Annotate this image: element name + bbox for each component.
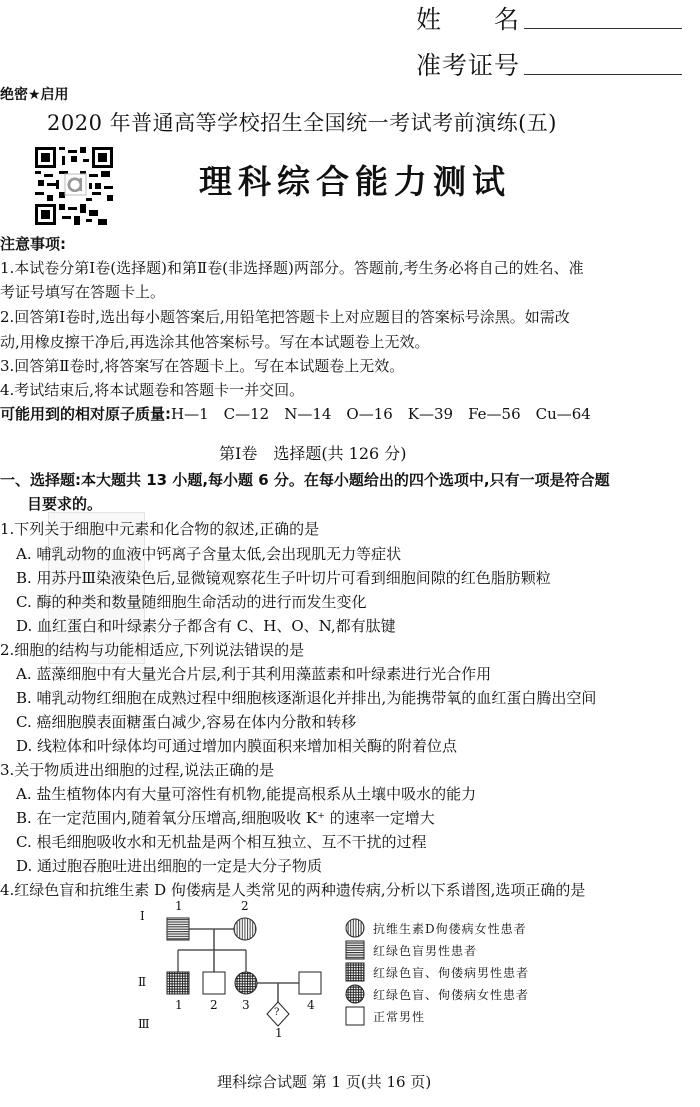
question-1-option-a: A. 哺乳动物的血液中钙离子含量太低,会出现肌无力等症状: [16, 542, 401, 566]
pedigree-ii2-normal-male: [203, 972, 225, 994]
name-field-line: [524, 28, 682, 29]
exam-id-field-line: [524, 74, 682, 75]
question-3-option-c: C. 根毛细胞吸收水和无机盐是两个相互独立、互不干扰的过程: [16, 830, 426, 854]
circle-vertical-stripes-icon: [345, 918, 365, 938]
note-line-1: 1.本试卷分第Ⅰ卷(选择题)和第Ⅱ卷(非选择题)两部分。答题前,考生务必将自己的…: [0, 256, 584, 280]
legend-label: 红绿色盲男性患者: [373, 942, 477, 959]
legend-label: 正常男性: [373, 1008, 425, 1025]
question-2-option-a: A. 蓝藻细胞中有大量光合片层,利于其利用藻蓝素和叶绿素进行光合作用: [16, 662, 491, 686]
legend-item-normal-male: 正常男性: [345, 1005, 555, 1027]
note-line-4: 4.考试结束后,将本试题卷和答题卡一并交回。: [0, 378, 304, 402]
legend-item-both-male: 红绿色盲、佝偻病男性患者: [345, 961, 555, 983]
generation-label-i: Ⅰ: [140, 909, 145, 923]
i2-number: 2: [241, 899, 249, 913]
circle-grid-icon: [345, 984, 365, 1004]
pedigree-chart: Ⅰ Ⅱ Ⅲ 1 2 1 2 3 4 ? 1: [130, 895, 340, 1055]
exam-id-label: 准考证号: [416, 46, 520, 82]
legend-item-colorblind-male: 红绿色盲男性患者: [345, 939, 555, 961]
square-empty-icon: [345, 1006, 365, 1026]
notes-heading: 注意事项:: [0, 232, 66, 256]
pedigree-ii3-female-both: [235, 972, 257, 994]
note-line-1-cont: 考证号填写在答题卡上。: [0, 280, 165, 304]
question-2-option-d: D. 线粒体和叶绿体均可通过增加内膜面积来增加相关酶的附着位点: [16, 734, 457, 758]
atomic-mass-label: 可能用到的相对原子质量:: [0, 405, 171, 423]
pedigree-i1-male-colorblind: [167, 918, 189, 940]
ii4-number: 4: [307, 998, 315, 1012]
note-line-3: 3.回答第Ⅱ卷时,将答案写在答题卡上。写在本试题卷上无效。: [0, 354, 404, 378]
generation-label-ii: Ⅱ: [138, 975, 146, 989]
ii2-number: 2: [210, 998, 218, 1012]
question-1-option-c: C. 酶的种类和数量随细胞生命活动的进行而发生变化: [16, 590, 366, 614]
note-line-2-cont: 动,用橡皮擦干净后,再选涂其他答案标号。写在本试题卷上无效。: [0, 330, 430, 354]
legend-label: 红绿色盲、佝偻病男性患者: [373, 964, 529, 981]
i1-number: 1: [175, 899, 183, 913]
legend-label: 红绿色盲、佝偻病女性患者: [373, 986, 529, 1003]
atomic-mass-values: H—1 C—12 N—14 O—16 K—39 Fe—56 Cu—64: [171, 405, 591, 423]
section-instruction-line-1: 一、选择题:本大题共 13 小题,每小题 6 分。在每小题给出的四个选项中,只有…: [0, 468, 610, 492]
page-footer: 理科综合试题 第 1 页(共 16 页): [217, 1071, 431, 1092]
square-grid-icon: [345, 962, 365, 982]
iii1-number: 1: [275, 1026, 283, 1040]
question-1-stem: 1.下列关于细胞中元素和化合物的叙述,正确的是: [0, 517, 319, 541]
legend-label: 抗维生素D佝偻病女性患者: [373, 920, 527, 937]
question-3-option-b: B. 在一定范围内,随着氧分压增高,细胞吸收 K⁺ 的速率一定增大: [16, 806, 435, 830]
name-label: 姓 名: [416, 0, 520, 36]
question-2-option-b: B. 哺乳动物红细胞在成熟过程中细胞核逐渐退化并排出,为能携带氧的血红蛋白腾出空…: [16, 686, 596, 710]
pedigree-ii4-normal-male: [299, 972, 321, 994]
qr-code-icon: [35, 147, 113, 225]
question-1-option-d: D. 血红蛋白和叶绿素分子都含有 C、H、O、N,都有肽键: [16, 614, 396, 638]
secret-mark: 绝密★启用: [0, 84, 69, 104]
square-horizontal-stripes-icon: [345, 940, 365, 960]
question-3-option-a: A. 盐生植物体内有大量可溶性有机物,能提高根系从土壤中吸水的能力: [16, 782, 476, 806]
question-1-option-b: B. 用苏丹Ⅲ染液染色后,显微镜观察花生子叶切片可看到细胞间隙的红色脂肪颗粒: [16, 566, 551, 590]
legend-item-both-female: 红绿色盲、佝偻病女性患者: [345, 983, 555, 1005]
ii1-number: 1: [175, 998, 183, 1012]
ii3-number: 3: [242, 998, 250, 1012]
note-line-2: 2.回答第Ⅰ卷时,选出每小题答案后,用铅笔把答题卡上对应题目的答案标号涂黑。如需…: [0, 305, 570, 329]
question-3-option-d: D. 通过胞吞胞吐进出细胞的一定是大分子物质: [16, 854, 322, 878]
pedigree-i2-female-rickets: [234, 918, 256, 940]
exam-title: 2020 年普通高等学校招生全国统一考试考前演练(五): [47, 107, 557, 137]
atomic-mass-line: 可能用到的相对原子质量:H—1 C—12 N—14 O—16 K—39 Fe—5…: [0, 402, 591, 426]
question-2-stem: 2.细胞的结构与功能相适应,下列说法错误的是: [0, 638, 304, 662]
pedigree-legend: 抗维生素D佝偻病女性患者 红绿色盲男性患者 红绿色盲、佝偻病男性患者 红绿色盲、…: [345, 917, 555, 1027]
section-title: 第Ⅰ卷 选择题(共 126 分): [219, 441, 407, 464]
pedigree-ii1-male-both: [167, 972, 189, 994]
legend-item-rickets-female: 抗维生素D佝偻病女性患者: [345, 917, 555, 939]
question-2-option-c: C. 癌细胞膜表面糖蛋白减少,容易在体内分散和转移: [16, 710, 356, 734]
subject-title: 理科综合能力测试: [199, 156, 511, 203]
question-3-stem: 3.关于物质进出细胞的过程,说法正确的是: [0, 758, 274, 782]
iii1-unknown-mark: ?: [274, 1007, 279, 1018]
generation-label-iii: Ⅲ: [138, 1017, 150, 1031]
